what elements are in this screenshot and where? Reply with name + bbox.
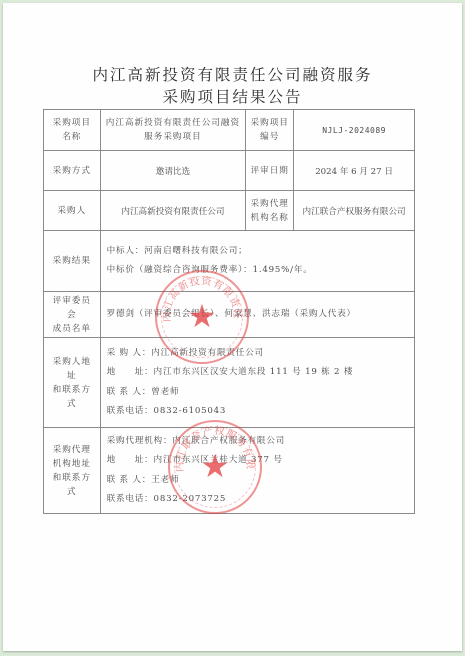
purchaser-contact-person-line: 联 系 人：曾老师 (107, 383, 410, 403)
value-project-number: NJLJ-2024089 (294, 110, 415, 151)
label-result: 采购结果 (44, 231, 101, 292)
table-row-project: 采购项目 名称 内江高新投资有限责任公司融资 服务采购项目 采购项目 编号 NJ… (44, 110, 415, 151)
table-row-committee: 评审委员会 成员名单 罗德剑（评审委员会组长）、何家慧、洪志瑞（采购人代表） (44, 292, 415, 338)
agency-contact-person-line: 联 系 人：王老师 (107, 471, 410, 491)
value-purchaser: 内江高新投资有限责任公司 (100, 191, 246, 231)
table-row-agency-contact: 采购代理 机构地址 和联系方式 采购代理机构：内江联合产权服务有限公司 地 址：… (44, 428, 415, 514)
value-result: 中标人：河南启曙科技有限公司； 中标价（融资综合咨询服务费率）：1.495%/年… (100, 231, 414, 292)
table-row-method: 采购方式 邀请比选 评审日期 2024 年 6 月 27 日 (44, 151, 415, 191)
value-agency-contact: 采购代理机构：内江联合产权服务有限公司 地 址：内江市东兴区兰桂大道 377 号… (100, 428, 414, 514)
label-review-date: 评审日期 (246, 151, 294, 191)
label-project-number: 采购项目 编号 (246, 110, 294, 151)
table-row-result: 采购结果 中标人：河南启曙科技有限公司； 中标价（融资综合咨询服务费率）：1.4… (44, 231, 415, 292)
label-purchaser: 采购人 (44, 191, 101, 231)
value-review-date: 2024 年 6 月 27 日 (294, 151, 415, 191)
label-purchaser-contact: 采购人地址 和联系方式 (44, 338, 101, 428)
value-procurement-method: 邀请比选 (100, 151, 246, 191)
table-row-purchaser-contact: 采购人地址 和联系方式 采 购 人：内江高新投资有限责任公司 地 址：内江市东兴… (44, 338, 415, 428)
value-project-name: 内江高新投资有限责任公司融资 服务采购项目 (100, 110, 246, 151)
value-agency-name: 内江联合产权服务有限公司 (294, 191, 415, 231)
purchaser-address-line: 地 址：内江市东兴区汉安大道东段 111 号 19 栋 2 楼 (107, 363, 410, 383)
agency-name-line: 采购代理机构：内江联合产权服务有限公司 (107, 432, 410, 452)
label-project-name: 采购项目 名称 (44, 110, 101, 151)
label-agency-name: 采购代理 机构名称 (246, 191, 294, 231)
label-agency-contact: 采购代理 机构地址 和联系方式 (44, 428, 101, 514)
value-committee: 罗德剑（评审委员会组长）、何家慧、洪志瑞（采购人代表） (100, 292, 414, 338)
document-title-line1: 内江高新投资有限责任公司融资服务 (0, 63, 465, 85)
announcement-table: 采购项目 名称 内江高新投资有限责任公司融资 服务采购项目 采购项目 编号 NJ… (43, 109, 415, 514)
label-procurement-method: 采购方式 (44, 151, 101, 191)
value-purchaser-contact: 采 购 人：内江高新投资有限责任公司 地 址：内江市东兴区汉安大道东段 111 … (100, 338, 414, 428)
purchaser-phone-line: 联系电话：0832-6105043 (107, 402, 410, 422)
result-winner: 中标人：河南启曙科技有限公司； (107, 242, 410, 261)
document-title-line2: 采购项目结果公告 (0, 85, 465, 107)
agency-address-line: 地 址：内江市东兴区兰桂大道 377 号 (107, 451, 410, 471)
result-price: 中标价（融资综合咨询服务费率）：1.495%/年。 (107, 261, 410, 280)
purchaser-name-line: 采 购 人：内江高新投资有限责任公司 (107, 344, 410, 364)
agency-phone-line: 联系电话：0832-2073725 (107, 490, 410, 510)
table-row-purchaser: 采购人 内江高新投资有限责任公司 采购代理 机构名称 内江联合产权服务有限公司 (44, 191, 415, 231)
label-committee: 评审委员会 成员名单 (44, 292, 101, 338)
